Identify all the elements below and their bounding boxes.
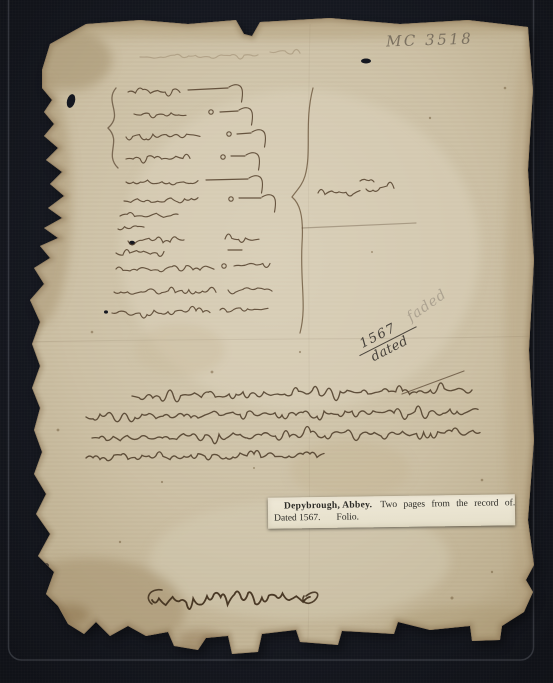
typed-label-heading-rest: Two pages from the record of. xyxy=(380,497,515,511)
archive-photo: MC 3518 1567 dated faded Depybrough, Abb… xyxy=(0,0,553,683)
typed-label-heading: Depybrough, Abbey. xyxy=(284,499,373,512)
catalog-reference-annotation: MC 3518 xyxy=(386,29,474,50)
typed-label-dated: Dated 1567. xyxy=(274,512,321,525)
typed-label-folio: Folio. xyxy=(336,511,359,523)
typed-label: Depybrough, Abbey. Two pages from the re… xyxy=(268,494,515,528)
typed-label-line2: Dated 1567. Folio. xyxy=(274,509,510,524)
red-stain xyxy=(33,122,41,143)
parchment-texture xyxy=(0,0,553,683)
parchment-artwork xyxy=(0,0,553,683)
